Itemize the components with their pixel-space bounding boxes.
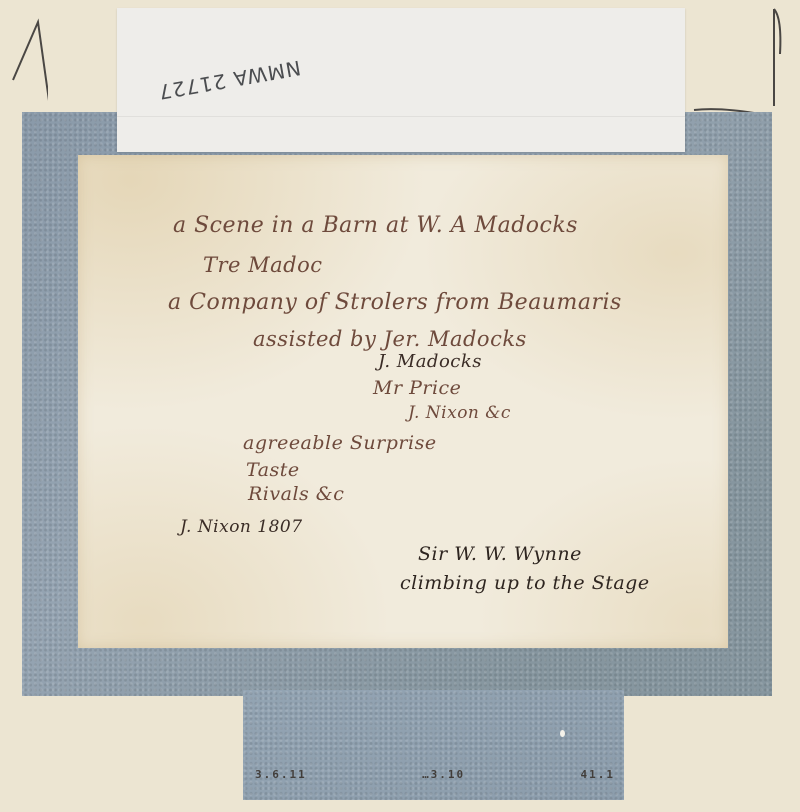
note-line-9: Taste	[246, 459, 300, 481]
label-fold-line	[117, 116, 685, 117]
note-line-6: Mr Price	[373, 377, 461, 399]
accession-label-strip: NMWA 21727	[117, 8, 685, 152]
accession-number: NMWA 21727	[156, 56, 303, 105]
note-line-13: climbing up to the Stage	[400, 572, 650, 594]
handwritten-note: a Scene in a Barn at W. A Madocks Tre Ma…	[78, 155, 728, 648]
mount-tab-marks: 3.6.11 …3.10 41.1	[255, 768, 615, 784]
tab-mark-1: 3.6.11	[255, 768, 307, 784]
mount-speck	[560, 730, 565, 737]
note-line-3: a Company of Strolers from Beaumaris	[168, 290, 622, 315]
tab-mark-2: …3.10	[422, 768, 465, 784]
note-line-2: Tre Madoc	[203, 253, 323, 277]
tab-mark-3: 41.1	[581, 768, 616, 784]
note-line-5: J. Madocks	[378, 351, 482, 372]
note-line-1: a Scene in a Barn at W. A Madocks	[173, 213, 578, 238]
note-date: J. Nixon 1807	[180, 517, 303, 537]
note-line-4: assisted by Jer. Madocks	[253, 327, 527, 351]
corner-mark-right-icon	[690, 6, 790, 116]
corner-mark-left-icon	[8, 10, 48, 110]
note-line-7: J. Nixon &c	[408, 403, 511, 423]
note-line-10: Rivals &c	[248, 483, 344, 505]
note-line-8: agreeable Surprise	[243, 432, 437, 454]
note-line-12: Sir W. W. Wynne	[418, 543, 582, 565]
